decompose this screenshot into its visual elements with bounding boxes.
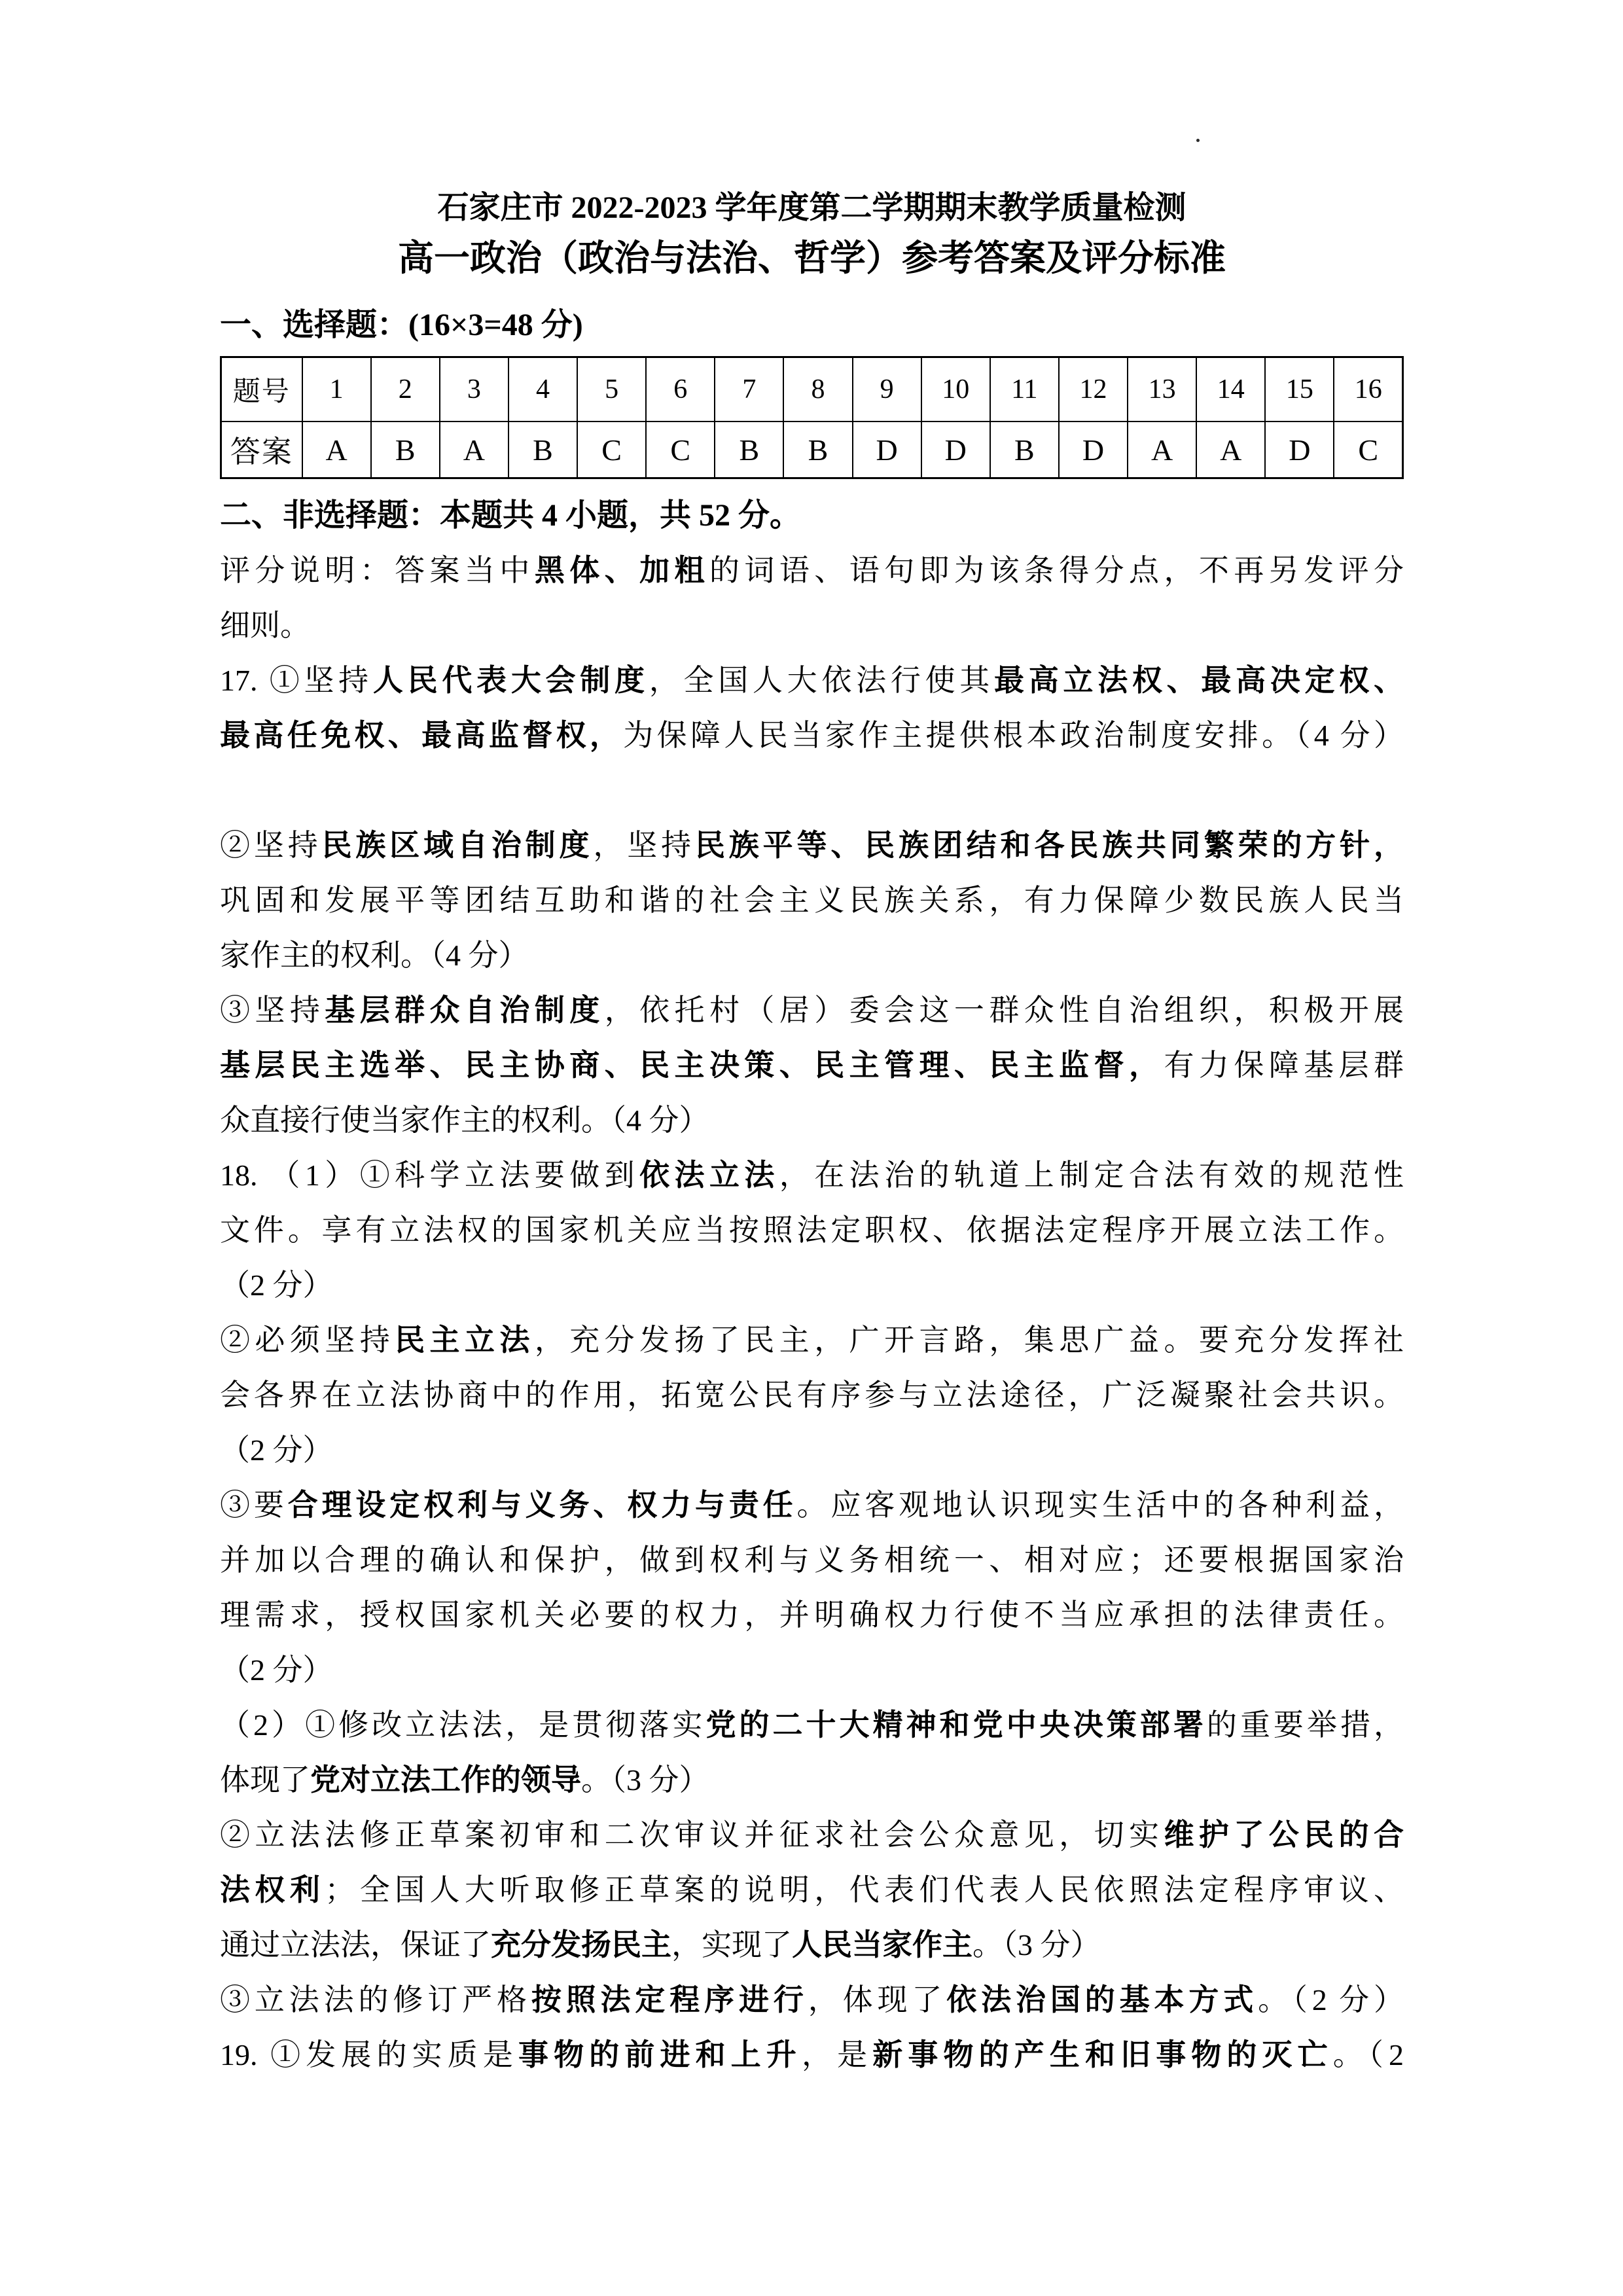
question-number-cell: 3	[440, 357, 508, 422]
answer-cell: B	[508, 422, 577, 478]
question-number-cell: 1	[302, 357, 371, 422]
bold-key-phrase: 新事物的产生和旧事物的灭亡	[872, 2038, 1333, 2072]
answer-cell: A	[1196, 422, 1265, 478]
body-text-segment: ，是	[802, 2038, 872, 2072]
body-line: 评分说明：答案当中黑体、加粗的词语、语句即为该条得分点，不再另发评分	[220, 543, 1404, 598]
question-number-cell: 7	[715, 357, 783, 422]
bold-key-phrase: 维护了公民的合	[1164, 1818, 1404, 1852]
body-text-segment: 会各界在立法协商中的作用，拓宽公民有序参与立法途径，广泛凝聚社会共识。	[220, 1378, 1404, 1412]
question-number-cell: 11	[990, 357, 1059, 422]
bold-key-phrase: 事物的前进和上升	[518, 2038, 802, 2072]
body-line: 体现了党对立法工作的领导。（3 分）	[220, 1753, 1404, 1808]
body-line: ③坚持基层群众自治制度，依托村（居）委会这一群众性自治组织，积极开展	[220, 983, 1404, 1038]
bold-key-phrase: 民族区域自治制度	[322, 829, 594, 862]
body-text-segment: ③要	[220, 1488, 288, 1522]
body-text-segment: 众直接行使当家作主的权利。（4 分）	[220, 1103, 709, 1137]
body-line: ②立法法修正草案初审和二次审议并征求社会公众意见，切实维护了公民的合	[220, 1808, 1404, 1863]
body-text-segment: （2 分）	[220, 1268, 333, 1302]
body-text-segment: ②坚持	[220, 829, 322, 862]
body-line: （2 分）	[220, 1258, 1404, 1313]
body-text-segment: 19. ①发展的实质是	[220, 2038, 518, 2072]
body-line: 基层民主选举、民主协商、民主决策、民主管理、民主监督，有力保障基层群	[220, 1038, 1404, 1093]
question-number-cell: 4	[508, 357, 577, 422]
ink-speck	[1196, 139, 1200, 142]
body-text-segment: 的重要举措，	[1207, 1708, 1404, 1742]
body-line: 文件。享有立法权的国家机关应当按照法定职权、依据法定程序开展立法工作。	[220, 1203, 1404, 1258]
bold-key-phrase: 民族平等、民族团结和各民族共同繁荣的方针，	[695, 829, 1404, 862]
body-text-segment: 并加以合理的确认和保护，做到权利与义务相统一、相对应；还要根据国家治	[220, 1543, 1404, 1577]
body-text-segment: 。（2 分）	[1258, 1983, 1404, 2017]
body-text-segment: 。（2	[1333, 2038, 1404, 2072]
body-text-segment: 体现了	[220, 1763, 310, 1797]
bold-key-phrase: 合理设定权利与义务、权力与责任	[288, 1488, 797, 1522]
body-text-segment: ，实现了	[671, 1928, 792, 1962]
body-text-segment: 17. ①坚持	[220, 664, 373, 697]
bold-key-phrase: 最高立法权、最高决定权、	[994, 664, 1404, 697]
body-text-segment: 18. （1）①科学立法要做到	[220, 1158, 639, 1192]
answer-cell: B	[783, 422, 852, 478]
body-line: 19. ①发展的实质是事物的前进和上升，是新事物的产生和旧事物的灭亡。（2	[220, 2028, 1404, 2083]
question-number-cell: 16	[1334, 357, 1402, 422]
body-text-segment: 有力保障基层群	[1164, 1049, 1404, 1082]
body-text: 二、非选择题：本题共 4 小题，共 52 分。 评分说明：答案当中黑体、加粗的词…	[220, 488, 1404, 2083]
question-number-cell: 14	[1196, 357, 1265, 422]
answer-cell: A	[302, 422, 371, 478]
question-number-cell: 2	[371, 357, 440, 422]
question-number-cell: 15	[1265, 357, 1334, 422]
body-text-segment: ③立法法的修订严格	[220, 1983, 531, 2017]
bold-key-phrase: 最高任免权、最高监督权，	[220, 719, 623, 752]
body-line: 17. ①坚持人民代表大会制度，全国人大依法行使其最高立法权、最高决定权、	[220, 653, 1404, 708]
question-number-cell: 8	[783, 357, 852, 422]
body-line: 法权利；全国人大听取修正草案的说明，代表们代表人民依照法定程序审议、	[220, 1863, 1404, 1918]
body-line: ③立法法的修订严格按照法定程序进行，体现了依法治国的基本方式。（2 分）	[220, 1973, 1404, 2028]
question-number-cell: 6	[646, 357, 715, 422]
blank-line	[220, 763, 1404, 818]
body-line: ②必须坚持民主立法，充分发扬了民主，广开言路，集思广益。要充分发挥社	[220, 1313, 1404, 1368]
bold-key-phrase: 人民当家作主	[792, 1928, 972, 1962]
question-number-cell: 9	[853, 357, 921, 422]
answer-cell: C	[646, 422, 715, 478]
answer-cell: B	[371, 422, 440, 478]
bold-key-phrase: 依法治国的基本方式	[946, 1983, 1258, 2017]
body-text-segment: 巩固和发展平等团结互助和谐的社会主义民族关系，有力保障少数民族人民当	[220, 884, 1404, 917]
answer-cell: D	[921, 422, 990, 478]
bold-key-phrase: 民主立法	[395, 1323, 535, 1357]
body-line: 巩固和发展平等团结互助和谐的社会主义民族关系，有力保障少数民族人民当	[220, 873, 1404, 928]
body-text-segment: 通过立法法，保证了	[220, 1928, 491, 1962]
answer-cell: B	[715, 422, 783, 478]
body-line: （2 分）	[220, 1423, 1404, 1478]
body-text-segment: 。应客观地认识现实生活中的各种利益，	[797, 1488, 1404, 1522]
bold-key-phrase: 党对立法工作的领导	[310, 1763, 581, 1797]
document-page: 石家庄市 2022-2023 学年度第二学期期末教学质量检测 高一政治（政治与法…	[0, 0, 1623, 2296]
bold-key-phrase: 黑体、加粗	[535, 554, 709, 587]
body-line: ③要合理设定权利与义务、权力与责任。应客观地认识现实生活中的各种利益，	[220, 1478, 1404, 1533]
body-line: ②坚持民族区域自治制度，坚持民族平等、民族团结和各民族共同繁荣的方针，	[220, 818, 1404, 873]
bold-key-phrase: 按照法定程序进行	[531, 1983, 808, 2017]
body-line: 会各界在立法协商中的作用，拓宽公民有序参与立法途径，广泛凝聚社会共识。	[220, 1368, 1404, 1423]
body-line: 众直接行使当家作主的权利。（4 分）	[220, 1093, 1404, 1148]
body-line: （2）①修改立法法，是贯彻落实党的二十大精神和党中央决策部署的重要举措，	[220, 1698, 1404, 1753]
answer-cell: A	[440, 422, 508, 478]
body-text-segment: （2 分）	[220, 1653, 333, 1687]
bold-key-phrase: 依法立法	[639, 1158, 779, 1192]
answer-cell: C	[577, 422, 646, 478]
body-text-segment: （2）①修改立法法，是贯彻落实	[220, 1708, 705, 1742]
body-line: 18. （1）①科学立法要做到依法立法，在法治的轨道上制定合法有效的规范性	[220, 1148, 1404, 1203]
body-text-segment: ，依托村（居）委会这一群众性自治组织，积极开展	[605, 994, 1404, 1027]
bold-key-phrase: 党的二十大精神和党中央决策部署	[705, 1708, 1206, 1742]
document-subtitle: 高一政治（政治与法治、哲学）参考答案及评分标准	[220, 234, 1404, 283]
answer-cell: C	[1334, 422, 1402, 478]
bold-key-phrase: 充分发扬民主	[491, 1928, 671, 1962]
body-text-segment: ，充分发扬了民主，广开言路，集思广益。要充分发挥社	[535, 1323, 1404, 1357]
answer-cell: D	[1059, 422, 1128, 478]
answer-table: 题号 12345678910111213141516 答案 ABABCCBBDD…	[220, 356, 1404, 479]
body-text-segment: ，在法治的轨道上制定合法有效的规范性	[779, 1158, 1404, 1192]
document-title: 石家庄市 2022-2023 学年度第二学期期末教学质量检测	[220, 188, 1404, 228]
question-number-row: 题号 12345678910111213141516	[221, 357, 1403, 422]
body-text-segment: 为保障人民当家作主提供根本政治制度安排。（4 分）	[623, 719, 1404, 752]
body-text-segment: ②必须坚持	[220, 1323, 395, 1357]
body-text-segment: ③坚持	[220, 994, 325, 1027]
bold-key-phrase: 法权利	[220, 1873, 325, 1907]
question-number-cell: 5	[577, 357, 646, 422]
body-text-segment: ，全国人大依法行使其	[649, 664, 994, 697]
body-text-segment: 。（3 分）	[581, 1763, 709, 1797]
body-text-segment: 家作主的权利。（4 分）	[220, 939, 529, 972]
question-number-cell: 13	[1128, 357, 1196, 422]
bold-key-phrase: 基层群众自治制度	[325, 994, 604, 1027]
answer-cell: A	[1128, 422, 1196, 478]
question-number-cell: 10	[921, 357, 990, 422]
body-text-segment: ，体现了	[808, 1983, 946, 2017]
answer-row-label: 答案	[221, 422, 302, 478]
body-text-segment: 。（3 分）	[972, 1928, 1101, 1962]
body-text-segment: 的词语、语句即为该条得分点，不再另发评分	[709, 554, 1404, 587]
body-line: 最高任免权、最高监督权，为保障人民当家作主提供根本政治制度安排。（4 分）	[220, 708, 1404, 763]
section1-heading: 一、选择题：(16×3=48 分)	[220, 305, 1404, 346]
body-line: （2 分）	[220, 1643, 1404, 1698]
bold-key-phrase: 人民代表大会制度	[373, 664, 649, 697]
body-text-segment: 细则。	[220, 609, 310, 642]
answer-cell: D	[1265, 422, 1334, 478]
body-text-segment: ；全国人大听取修正草案的说明，代表们代表人民依照法定程序审议、	[325, 1873, 1404, 1907]
body-line: 并加以合理的确认和保护，做到权利与义务相统一、相对应；还要根据国家治	[220, 1533, 1404, 1588]
body-text-segment: （2 分）	[220, 1433, 333, 1467]
answer-cell: B	[990, 422, 1059, 478]
answer-cell: D	[853, 422, 921, 478]
body-line: 家作主的权利。（4 分）	[220, 928, 1404, 983]
body-line: 通过立法法，保证了充分发扬民主，实现了人民当家作主。（3 分）	[220, 1918, 1404, 1973]
answer-row: 答案 ABABCCBBDDBDAADC	[221, 422, 1403, 478]
body-text-segment: ②立法法修正草案初审和二次审议并征求社会公众意见，切实	[220, 1818, 1164, 1852]
question-number-cell: 12	[1059, 357, 1128, 422]
body-line: 细则。	[220, 598, 1404, 653]
answer-text-lines: 评分说明：答案当中黑体、加粗的词语、语句即为该条得分点，不再另发评分细则。17.…	[220, 543, 1404, 2083]
bold-key-phrase: 基层民主选举、民主协商、民主决策、民主管理、民主监督，	[220, 1049, 1164, 1082]
body-text-segment: ，坚持	[593, 829, 695, 862]
body-text-segment: 评分说明：答案当中	[220, 554, 535, 587]
question-row-label: 题号	[221, 357, 302, 422]
body-text-segment: 文件。享有立法权的国家机关应当按照法定职权、依据法定程序开展立法工作。	[220, 1213, 1404, 1247]
body-text-segment: 理需求，授权国家机关必要的权力，并明确权力行使不当应承担的法律责任。	[220, 1598, 1404, 1632]
section2-heading: 二、非选择题：本题共 4 小题，共 52 分。	[220, 488, 1404, 543]
body-line: 理需求，授权国家机关必要的权力，并明确权力行使不当应承担的法律责任。	[220, 1588, 1404, 1643]
